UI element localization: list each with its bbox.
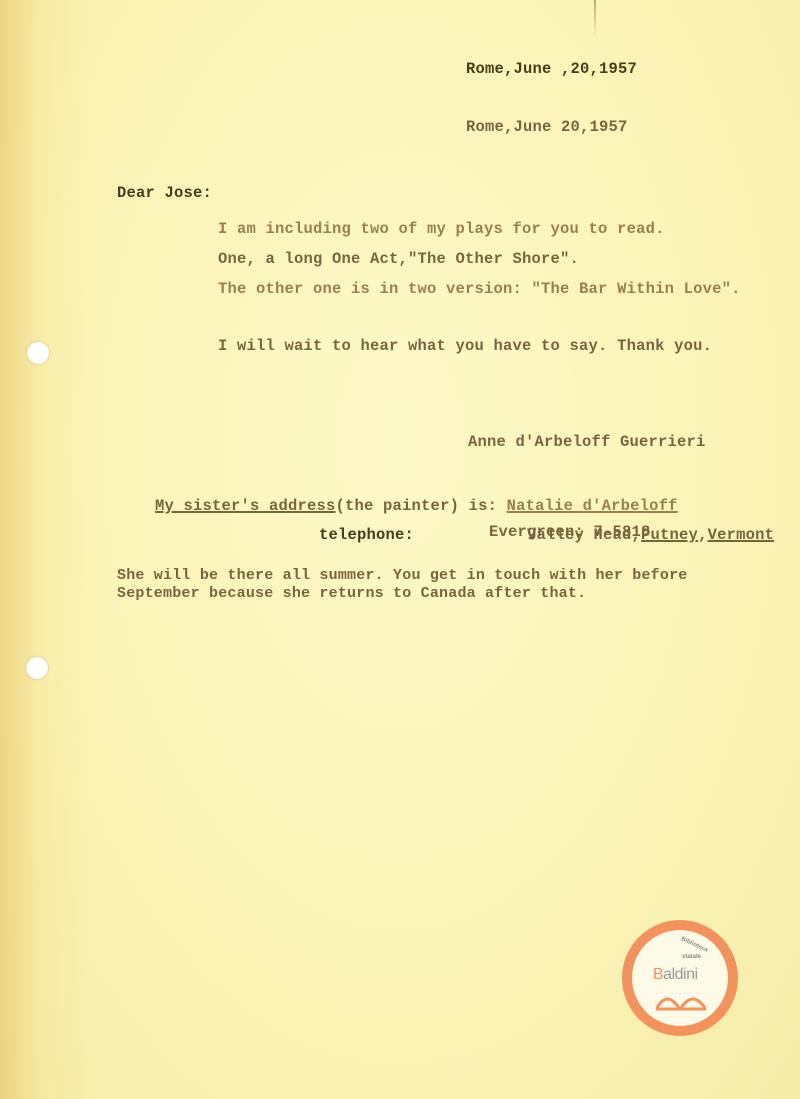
address-separator: , [698,526,708,544]
stamp-name: Baldini [653,966,698,984]
date-line: Rome,June ,20,1957 [466,60,637,78]
address-intro-underlined: My sister's address [155,497,336,515]
closing-line-2: September because she returns to Canada … [117,585,586,602]
signature: Anne d'Arbeloff Guerrieri [468,433,706,451]
body-line-2: One, a long One Act,"The Other Shore". [218,250,579,268]
body-line-3: The other one is in two version: "The Ba… [218,280,741,298]
punch-hole-bottom [26,657,48,679]
library-stamp-logo: Biblioteca statale Baldini [622,920,738,1036]
salutation: Dear Jose: [117,184,212,202]
double-arch-icon [654,988,708,1012]
punch-hole-top [27,342,49,364]
paper-crease [594,0,596,38]
stamp-small-text-1: Biblioteca [680,936,709,954]
date-line-faded: Rome,June 20,1957 [466,118,628,136]
telephone-label: telephone: [319,526,414,544]
closing-line-1: She will be there all summer. You get in… [117,567,688,584]
body-line-1: I am including two of my plays for you t… [218,220,665,238]
stamp-small-text-2: statale [682,954,701,960]
telephone-value: Evergreen: 7-5818 [489,523,651,541]
body-line-4: I will wait to hear what you have to say… [218,337,712,355]
address-intro-rest: (the painter) is: [336,497,507,515]
address-state: Vermont [708,526,775,544]
